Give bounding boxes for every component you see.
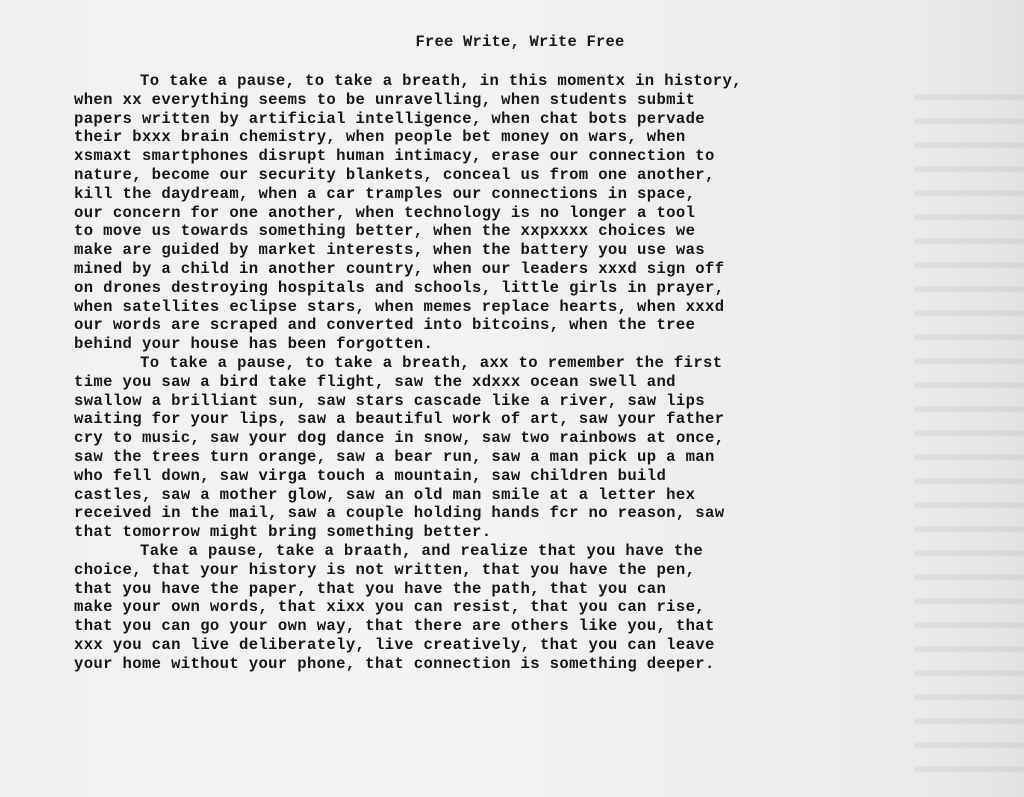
text-line: our concern for one another, when techno… (74, 204, 974, 223)
text-line: xsmaxt smartphones disrupt human intimac… (74, 147, 974, 166)
text-line: waiting for your lips, saw a beautiful w… (74, 410, 974, 429)
text-line: To take a pause, to take a breath, in th… (74, 72, 974, 91)
text-line: our words are scraped and converted into… (74, 316, 974, 335)
text-line: make your own words, that xixx you can r… (74, 598, 974, 617)
document-title: Free Write, Write Free (0, 33, 1024, 51)
text-line: that you can go your own way, that there… (74, 617, 974, 636)
text-line: your home without your phone, that conne… (74, 655, 974, 674)
text-line: on drones destroying hospitals and schoo… (74, 279, 974, 298)
text-line: make are guided by market interests, whe… (74, 241, 974, 260)
text-line: castles, saw a mother glow, saw an old m… (74, 486, 974, 505)
text-line: who fell down, saw virga touch a mountai… (74, 467, 974, 486)
text-line: mined by a child in another country, whe… (74, 260, 974, 279)
text-line: nature, become our security blankets, co… (74, 166, 974, 185)
text-line: their bxxx brain chemistry, when people … (74, 128, 974, 147)
paragraph: To take a pause, to take a breath, in th… (74, 72, 974, 354)
text-line: choice, that your history is not written… (74, 561, 974, 580)
text-line: to move us towards something better, whe… (74, 222, 974, 241)
scanned-page: Free Write, Write Free To take a pause, … (0, 0, 1024, 797)
text-line: saw the trees turn orange, saw a bear ru… (74, 448, 974, 467)
text-line: Take a pause, take a braath, and realize… (74, 542, 974, 561)
text-line: that you have the paper, that you have t… (74, 580, 974, 599)
text-line: that tomorrow might bring something bett… (74, 523, 974, 542)
text-line: received in the mail, saw a couple holdi… (74, 504, 974, 523)
paragraph: To take a pause, to take a breath, axx t… (74, 354, 974, 542)
text-line: behind your house has been forgotten. (74, 335, 974, 354)
text-line: To take a pause, to take a breath, axx t… (74, 354, 974, 373)
text-line: papers written by artificial intelligenc… (74, 110, 974, 129)
text-line: when xx everything seems to be unravelli… (74, 91, 974, 110)
paragraph: Take a pause, take a braath, and realize… (74, 542, 974, 674)
text-line: kill the daydream, when a car tramples o… (74, 185, 974, 204)
text-line: swallow a brilliant sun, saw stars casca… (74, 392, 974, 411)
text-line: time you saw a bird take flight, saw the… (74, 373, 974, 392)
document-body: To take a pause, to take a breath, in th… (74, 72, 974, 674)
text-line: when satellites eclipse stars, when meme… (74, 298, 974, 317)
text-line: xxx you can live deliberately, live crea… (74, 636, 974, 655)
text-line: cry to music, saw your dog dance in snow… (74, 429, 974, 448)
